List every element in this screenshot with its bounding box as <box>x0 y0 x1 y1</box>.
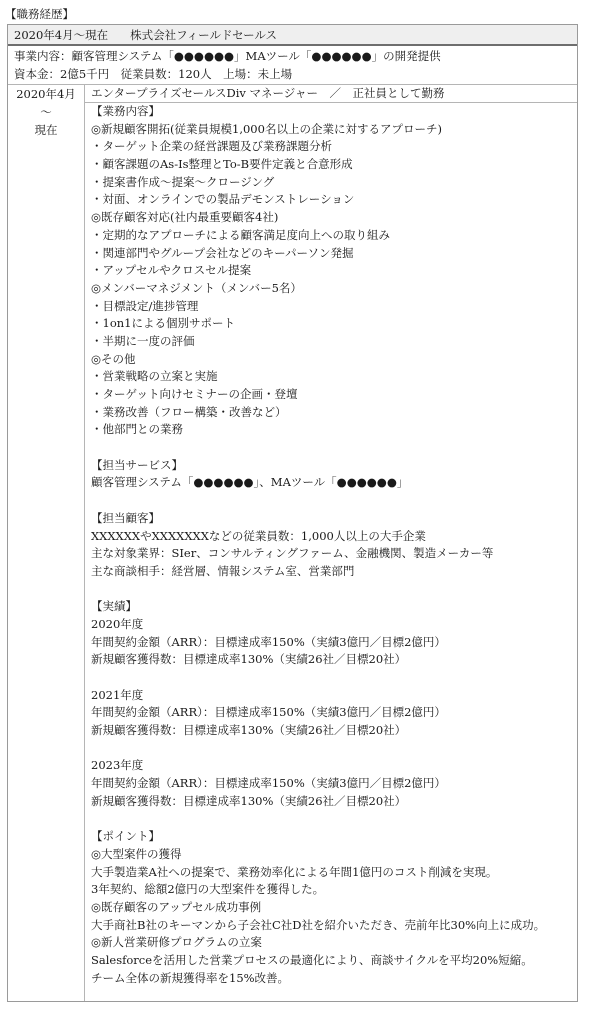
subsection-heading: ◎既存顧客のアップセル成功事例 <box>91 899 577 917</box>
text-line: 年間契約金額（ARR）：目標達成率150%（実績3億円／目標2億円） <box>91 704 577 722</box>
bullet-item: ・対面、オンラインでの製品デモンストレーション <box>91 191 577 209</box>
blank-line <box>91 492 577 510</box>
period-separator: ～ <box>8 103 84 121</box>
blank-line <box>91 740 577 758</box>
subsection-heading: ◎その他 <box>91 351 577 369</box>
bullet-item: ・提案書作成～提案～クロージング <box>91 174 577 192</box>
period-start: 2020年4月 <box>8 85 84 103</box>
blank-line <box>91 811 577 829</box>
document-title: 【職務経歴】 <box>5 5 74 23</box>
bullet-item: ・半期に一度の評価 <box>91 333 577 351</box>
blank-line <box>91 439 577 457</box>
bullet-item: ・ターゲット向けセミナーの企画・登壇 <box>91 386 577 404</box>
company-profile: 資本金：2億5千円 従業員数：120人 上場：未上場 <box>14 65 577 83</box>
company-info-row: 事業内容：顧客管理システム「●●●●●●」MAツール「●●●●●●」の開発提供 … <box>8 46 577 85</box>
year-label: 2023年度 <box>91 757 577 775</box>
text-line: 新規顧客獲得数：目標達成率130%（実績26社／目標20社） <box>91 722 577 740</box>
company-period: 2020年4月～現在 <box>14 28 108 42</box>
position-detail-cell: エンタープライズセールスDiv マネージャー ／ 正社員として勤務 【業務内容】… <box>85 85 577 1001</box>
position-row: 2020年4月 ～ 現在 エンタープライズセールスDiv マネージャー ／ 正社… <box>8 85 577 1001</box>
section-heading: 【担当サービス】 <box>91 457 577 475</box>
blank-line <box>91 581 577 599</box>
position-content: 【業務内容】 ◎新規顧客開拓(従業員規模1,000名以上の企業に対するアプローチ… <box>85 103 577 987</box>
text-line: チーム全体の新規獲得率を15%改善。 <box>91 970 577 988</box>
text-line: Salesforceを活用した営業プロセスの最適化により、商談サイクルを平均20… <box>91 952 577 970</box>
bullet-item: ・業務改善（フロー構築・改善など） <box>91 404 577 422</box>
bullet-item: ・他部門との業務 <box>91 421 577 439</box>
text-line: 顧客管理システム「●●●●●●」、MAツール「●●●●●●」 <box>91 474 577 492</box>
company-name: 株式会社フィールドセールス <box>130 28 277 42</box>
position-period-cell: 2020年4月 ～ 現在 <box>8 85 85 1001</box>
subsection-heading: ◎メンバーマネジメント（メンバー5名） <box>91 280 577 298</box>
text-line: 大手商社B社のキーマンから子会社C社D社を紹介いただき、売前年比30%向上に成功… <box>91 917 577 935</box>
period-end: 現在 <box>8 121 84 139</box>
section-heading: 【ポイント】 <box>91 828 577 846</box>
blank-line <box>91 669 577 687</box>
bullet-item: ・1on1による個別サポート <box>91 315 577 333</box>
subsection-heading: ◎新規顧客開拓(従業員規模1,000名以上の企業に対するアプローチ) <box>91 121 577 139</box>
career-table: 2020年4月～現在株式会社フィールドセールス 事業内容：顧客管理システム「●●… <box>7 24 578 1002</box>
section-heading: 【業務内容】 <box>91 103 577 121</box>
subsection-heading: ◎大型案件の獲得 <box>91 846 577 864</box>
bullet-item: ・目標設定/進捗管理 <box>91 298 577 316</box>
bullet-item: ・顧客課題のAs-Is整理とTo-B要件定義と合意形成 <box>91 156 577 174</box>
bullet-item: ・ターゲット企業の経営課題及び業務課題分析 <box>91 138 577 156</box>
text-line: 新規顧客獲得数：目標達成率130%（実績26社／目標20社） <box>91 793 577 811</box>
text-line: 年間契約金額（ARR）：目標達成率150%（実績3億円／目標2億円） <box>91 634 577 652</box>
bullet-item: ・定期的なアプローチによる顧客満足度向上への取り組み <box>91 227 577 245</box>
company-business: 事業内容：顧客管理システム「●●●●●●」MAツール「●●●●●●」の開発提供 <box>14 47 577 65</box>
position-title: エンタープライズセールスDiv マネージャー ／ 正社員として勤務 <box>85 85 577 103</box>
text-line: XXXXXXやXXXXXXXなどの従業員数：1,000人以上の大手企業 <box>91 528 577 546</box>
section-heading: 【実績】 <box>91 598 577 616</box>
text-line: 新規顧客獲得数：目標達成率130%（実績26社／目標20社） <box>91 651 577 669</box>
text-line: 年間契約金額（ARR）：目標達成率150%（実績3億円／目標2億円） <box>91 775 577 793</box>
subsection-heading: ◎新人営業研修プログラムの立案 <box>91 934 577 952</box>
year-label: 2021年度 <box>91 687 577 705</box>
text-line: 大手製造業A社への提案で、業務効率化による年間1億円のコスト削減を実現。 <box>91 864 577 882</box>
bullet-item: ・営業戦略の立案と実施 <box>91 368 577 386</box>
company-header-row: 2020年4月～現在株式会社フィールドセールス <box>8 25 577 46</box>
section-heading: 【担当顧客】 <box>91 510 577 528</box>
text-line: 主な対象業界：SIer、コンサルティングファーム、金融機関、製造メーカー等 <box>91 545 577 563</box>
bullet-item: ・関連部門やグループ会社などのキーパーソン発掘 <box>91 245 577 263</box>
text-line: 3年契約、総額2億円の大型案件を獲得した。 <box>91 881 577 899</box>
subsection-heading: ◎既存顧客対応(社内最重要顧客4社) <box>91 209 577 227</box>
bullet-item: ・アップセルやクロスセル提案 <box>91 262 577 280</box>
year-label: 2020年度 <box>91 616 577 634</box>
text-line: 主な商談相手：経営層、情報システム室、営業部門 <box>91 563 577 581</box>
